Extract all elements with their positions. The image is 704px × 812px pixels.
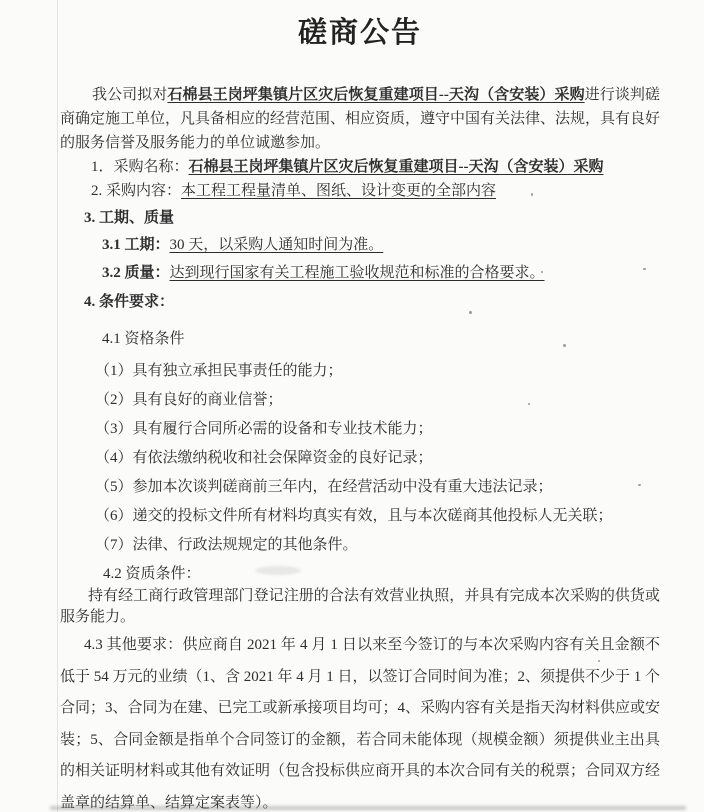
qualification-item-2: （2）具有良好的商业信誉； — [95, 388, 660, 412]
duration-label: 3.1 工期： — [102, 237, 170, 253]
page-title: 磋商公告 — [60, 16, 660, 50]
procurement-content-label: 2. 采购内容： — [91, 183, 181, 199]
scan-bottom-edge — [50, 806, 686, 810]
credential-body: 持有经工商行政管理部门登记注册的合法有效营业执照，并具有完成本次采购的供货或服务… — [60, 586, 660, 628]
scan-fold-line — [57, 0, 58, 812]
qualification-item-1: （1）具有独立承担民事责任的能力； — [95, 359, 660, 383]
other-requirements-paragraph: 4.3 其他要求：供应商自 2021 年 4 月 1 日以来至今签订的与本次采购… — [60, 630, 660, 812]
quality-label: 3.2 质量： — [102, 265, 170, 281]
qualification-item-4: （4）有依法缴纳税收和社会保障资金的良好记录； — [95, 446, 660, 470]
section-3-heading: 3. 工期、质量 — [84, 206, 660, 230]
procurement-content-row: 2. 采购内容：本工程工程量清单、图纸、设计变更的全部内容 — [91, 179, 660, 203]
scan-speck — [643, 268, 646, 270]
procurement-name-row: 1．采购名称：石棉县王岗坪集镇片区灾后恢复重建项目--天沟（含安装）采购 — [91, 155, 660, 179]
scan-speck — [469, 311, 472, 314]
scan-speck — [563, 344, 566, 347]
scan-speck — [528, 403, 530, 405]
qualification-heading: 4.1 资格条件 — [102, 327, 660, 351]
qualification-item-7: （7）法律、行政法规规定的其他条件。 — [95, 533, 660, 557]
duration-row: 3.1 工期：30 天，以采购人通知时间为准。 — [102, 233, 660, 257]
other-requirements-label: 4.3 其他要求： — [84, 637, 182, 653]
project-name: 石棉县王岗坪集镇片区灾后恢复重建项目--天沟（含安装）采购 — [167, 87, 584, 103]
credential-heading: 4.2 资质条件： — [103, 562, 660, 586]
quality-value: 达到现行国家有关工程施工验收规范和标准的合格要求。 — [170, 265, 545, 281]
qualification-item-3: （3）具有履行合同所必需的设备和专业技术能力； — [95, 417, 660, 441]
document-body: 磋商公告 我公司拟对石棉县王岗坪集镇片区灾后恢复重建项目--天沟（含安装）采购进… — [60, 0, 660, 812]
other-requirements-body: 供应商自 2021 年 4 月 1 日以来至今签订的与本次采购内容有关且金额不低… — [60, 637, 660, 811]
scanned-document-page: 磋商公告 我公司拟对石棉县王岗坪集镇片区灾后恢复重建项目--天沟（含安装）采购进… — [0, 0, 704, 812]
qualification-item-5: （5）参加本次谈判磋商前三年内，在经营活动中没有重大违法记录； — [95, 475, 660, 499]
section-4-heading: 4. 条件要求： — [84, 290, 660, 314]
intro-lead: 我公司拟对 — [92, 87, 167, 103]
scan-speck — [541, 271, 543, 273]
quality-row: 3.2 质量：达到现行国家有关工程施工验收规范和标准的合格要求。 — [102, 261, 660, 285]
scan-smudge — [255, 566, 301, 575]
scan-speck — [638, 484, 641, 486]
intro-paragraph: 我公司拟对石棉县王岗坪集镇片区灾后恢复重建项目--天沟（含安装）采购进行谈判磋商… — [60, 83, 660, 155]
scan-speck — [598, 660, 600, 662]
procurement-name-label: 1．采购名称： — [91, 159, 189, 175]
scan-speck — [531, 193, 533, 196]
procurement-name-value: 石棉县王岗坪集镇片区灾后恢复重建项目--天沟（含安装）采购 — [189, 159, 604, 175]
procurement-content-value: 本工程工程量清单、图纸、设计变更的全部内容 — [181, 183, 496, 199]
qualification-item-6: （6）递交的投标文件所有材料均真实有效，且与本次磋商其他投标人无关联； — [95, 504, 660, 528]
duration-value: 30 天，以采购人通知时间为准。 — [170, 237, 384, 253]
